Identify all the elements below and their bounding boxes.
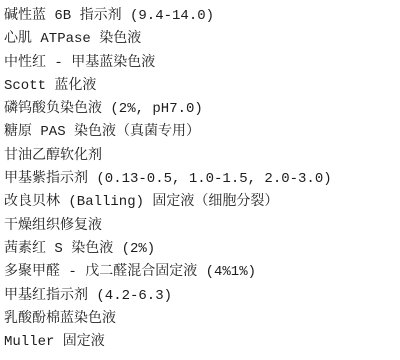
list-item: 多聚甲醛 - 戊二醛混合固定液 (4%1%) [4, 261, 396, 284]
list-item: 乳酸酚棉蓝染色液 [4, 308, 396, 331]
list-item: 干燥组织修复液 [4, 215, 396, 238]
list-item: 心肌 ATPase 染色液 [4, 28, 396, 51]
list-item: Muller 固定液 [4, 331, 396, 354]
list-item: Scott 蓝化液 [4, 75, 396, 98]
list-item: 茜素红 S 染色液 (2%) [4, 238, 396, 261]
list-item: 糖原 PAS 染色液（真菌专用） [4, 121, 396, 144]
list-item: 甘油乙醇软化剂 [4, 145, 396, 168]
list-item: 碱性蓝 6B 指示剂 (9.4-14.0) [4, 5, 396, 28]
reagent-list: 碱性蓝 6B 指示剂 (9.4-14.0)心肌 ATPase 染色液中性红 - … [0, 0, 400, 354]
list-item: 中性红 - 甲基蓝染色液 [4, 52, 396, 75]
list-item: 改良贝林 (Balling) 固定液（细胞分裂） [4, 191, 396, 214]
list-item: 甲基紫指示剂 (0.13-0.5, 1.0-1.5, 2.0-3.0) [4, 168, 396, 191]
list-item: 磷钨酸负染色液 (2%, pH7.0) [4, 98, 396, 121]
list-item: 甲基红指示剂 (4.2-6.3) [4, 285, 396, 308]
